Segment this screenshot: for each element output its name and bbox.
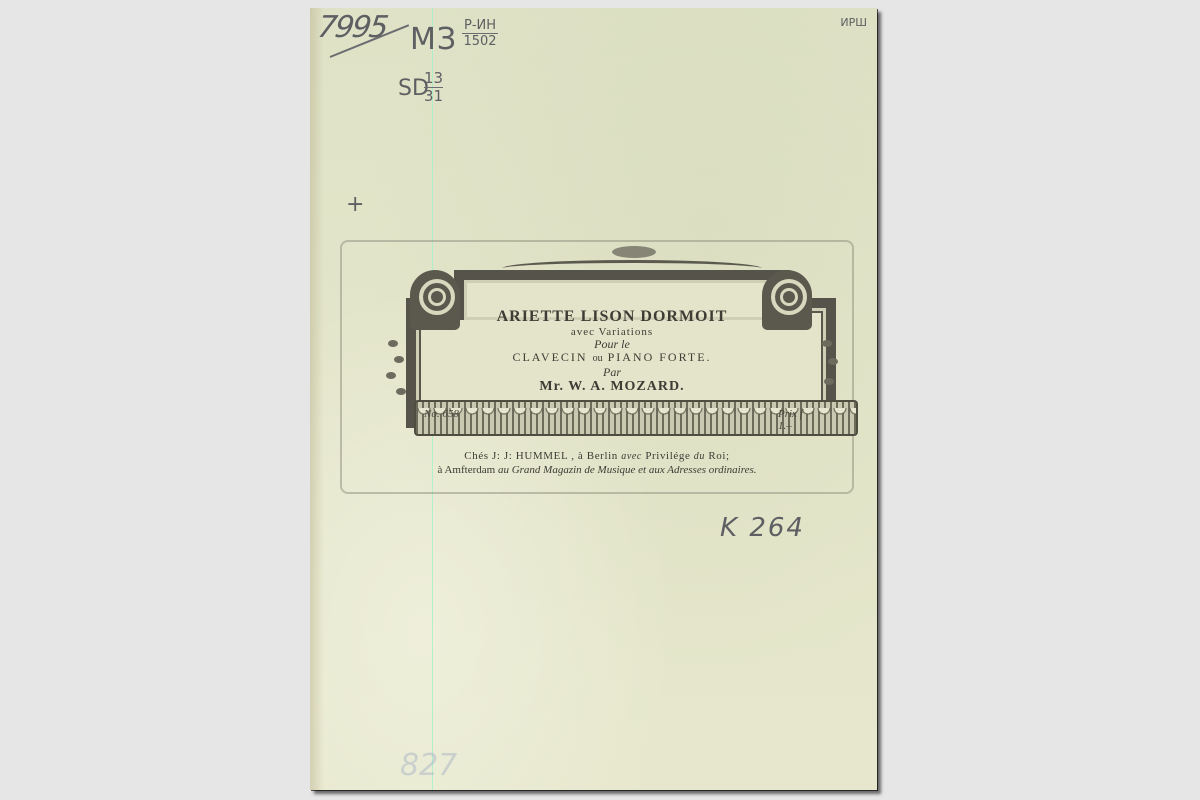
- imprint-roi: Roi;: [708, 450, 729, 462]
- pencil-corner-note: ИРШ: [840, 16, 867, 29]
- imprint-line-1: Chés J: J: HUMMEL , à Berlin avec Privil…: [342, 450, 852, 462]
- imprint-amsterdam: à Amfterdam: [437, 464, 495, 476]
- leaf-ornament: [822, 340, 832, 347]
- imprint-magazin: au Grand Magazin de Musique et aux Adres…: [498, 464, 757, 476]
- price: Prix f 1.–: [778, 408, 812, 432]
- pencil-mark-fraction: 13 31: [424, 70, 443, 105]
- page-spine-shadow: [310, 8, 324, 790]
- leaf-ornament: [396, 388, 406, 395]
- composer-name: Mr. W. A. MOZARD.: [422, 378, 802, 396]
- instrument-2: PIANO FORTE.: [608, 350, 712, 364]
- mark-fraction-bottom: 31: [424, 88, 443, 105]
- plate-number: No. 658: [424, 408, 459, 420]
- instrumentation: CLAVECIN ou PIANO FORTE.: [422, 350, 802, 366]
- library-stamp-fraction: Р-ИН 1502: [462, 18, 498, 49]
- imprint-line-2: à Amfterdam au Grand Magazin de Musique …: [342, 464, 852, 476]
- leaf-ornament: [386, 372, 396, 379]
- stamp-fraction-top: Р-ИН: [462, 18, 498, 34]
- title-block: ARIETTE LISON DORMOIT avec Variations Po…: [422, 308, 802, 396]
- pencil-plus-mark: +: [346, 192, 364, 217]
- faded-pencil-note: 827: [400, 748, 457, 783]
- mark-fraction-top: 13: [424, 70, 443, 88]
- imprint-avec: avec: [621, 451, 642, 462]
- work-title: ARIETTE LISON DORMOIT: [422, 308, 802, 326]
- engraved-plate: ARIETTE LISON DORMOIT avec Variations Po…: [340, 240, 854, 494]
- leaf-ornament: [828, 358, 838, 365]
- leaf-ornament: [824, 378, 834, 385]
- instrument-connector: ou: [593, 353, 603, 364]
- document-page: 7995 МЗ Р-ИН 1502 SD 13 31 ИРШ + ARIET: [310, 8, 877, 790]
- architectural-cartouche: ARIETTE LISON DORMOIT avec Variations Po…: [382, 260, 812, 425]
- imprint-publisher: Chés J: J: HUMMEL , à Berlin: [464, 450, 618, 462]
- cloud-ornament: [612, 246, 656, 258]
- leaf-ornament: [394, 356, 404, 363]
- library-stamp-code: МЗ: [410, 22, 457, 57]
- par-text: Par: [422, 366, 802, 378]
- imprint-du: du: [694, 451, 705, 462]
- stamp-fraction-bottom: 1502: [462, 34, 498, 49]
- instrument-1: CLAVECIN: [512, 350, 587, 364]
- pour-le-text: Pour le: [422, 338, 802, 350]
- pencil-catalog-number: K 264: [720, 513, 805, 543]
- imprint-privilege: Privilége: [645, 450, 690, 462]
- leaf-ornament: [388, 340, 398, 347]
- pencil-inventory-number: 7995: [316, 10, 389, 45]
